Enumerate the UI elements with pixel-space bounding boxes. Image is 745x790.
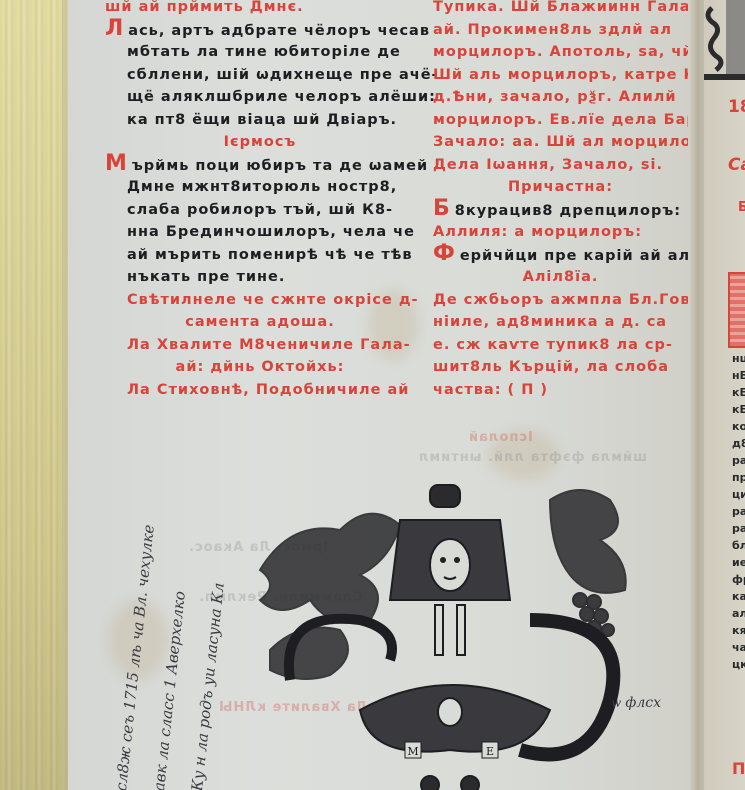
rubric-line: Свѣтилнеле че сжнте окрісе д- (105, 289, 415, 312)
red-ornamental-initial (728, 272, 745, 348)
book-photo: шймла фэфта ллй. ынтимл Ісполай Ірмос. Л… (0, 0, 745, 790)
rubric-line: Ла Стиховнѣ, Подобничиле ай (105, 379, 415, 402)
rubric-line: морцилоръ. Ев.лїе дела Барло (433, 109, 688, 132)
rubric-line: Тупика. Шй Блажиинн Гала- (433, 0, 688, 19)
text-line: Б8курацив8 дрепцилоръ: (433, 199, 688, 222)
text-line: Ферйчйци пре карій ай але, (433, 244, 688, 267)
rubric-line: Де сжбьоръ ажмпла Бл.Говѣ- (433, 289, 688, 312)
text-line: ка пт8 ёщи віаца шй Двіаръ. (105, 109, 415, 132)
rubric-line: д.Ѣни, зачало, рѯг. Алилй (433, 86, 688, 109)
text-line: нъкать пре тине. (105, 266, 415, 289)
rubric-line: Зачало: аа. Шй ал морцилор (433, 131, 688, 154)
right-page-fragment: 18 Сай Бр нцедѣл нБЕнь кЕфлл кЕ ді колй … (704, 0, 745, 790)
cartouche-letter: Е (486, 745, 494, 758)
rubric-line: Ла Хвалите М8ченичиле Гала- (105, 334, 415, 357)
decorative-border-ornament (704, 0, 745, 85)
rubric-line: самента адоша. (105, 311, 415, 334)
rubric-line: е. сж каѵте тупик8 ла ср- (433, 334, 688, 357)
red-initial: Ф (433, 244, 456, 264)
red-initial: Б (433, 199, 451, 219)
text-line: Лась, артъ адбрате чёлоръ чесав (105, 19, 415, 42)
red-initial: М (105, 154, 128, 174)
rubric-line: шит8ль Кърцій, ла слоба (433, 356, 688, 379)
text-line: Мърймь поци юбиръ та де ѡамей (105, 154, 415, 177)
woodcut-ornament: М Е (250, 480, 650, 790)
page-number: 18 (728, 97, 745, 117)
rubric-line: частва: ( П ) (433, 379, 688, 402)
text-line: Дмне мжнт8иторюль ностр8, (105, 176, 415, 199)
section-heading: Ієрмосъ (105, 131, 415, 154)
text-line: ай мърить поменирѣ чѣ че тѣв (105, 244, 415, 267)
text-line: мбтать ла тине юбиторіле де (105, 41, 415, 64)
heading-fragment: Сай (728, 155, 745, 175)
show-through-text: Ісполай (468, 430, 533, 445)
text-line: сбллени, шій ѡдихнеще пре ачё- (105, 64, 415, 87)
cartouche-letter: М (407, 745, 418, 758)
text-line: шй ай прймить Дмнє. (105, 0, 415, 19)
rubric-line: ніиле, ад8миника а д. са (433, 311, 688, 334)
page-edges-stack (0, 0, 68, 790)
handwritten-signature: ѡ флсх (612, 695, 661, 712)
left-text-column: шй ай прймить Дмнє. Лась, артъ адбрате ч… (105, 0, 415, 401)
rubric-line: Шй аль морцилоръ, катре Корин- (433, 64, 688, 87)
text-line: щё аляклшбриле челоръ алёши: (105, 86, 415, 109)
rubric-line: ай: дйнь Октойхь: (105, 356, 415, 379)
text-line: слаба робилоръ тъй, шй К8- (105, 199, 415, 222)
show-through-text: шймла фэфта ллй. ынтимл (418, 450, 647, 465)
rubric-line: Дела Іѡання, Зачало, ѕі. (433, 154, 688, 177)
text-line: нна Брединчошилоръ, чела че (105, 221, 415, 244)
rubric-line: ай. Прокимен8ль здлй ал (433, 19, 688, 42)
red-initial: Л (105, 19, 124, 39)
section-heading: Аліл8їа. (433, 266, 688, 289)
rubric-line: Аллиля: а морцилоръ: (433, 221, 688, 244)
section-heading: Причастна: (433, 176, 688, 199)
rubric-line: морцилоръ. Апотоль, ѕа, чй (433, 41, 688, 64)
heading-fragment: Бр (738, 200, 745, 215)
right-text-column: Тупика. Шй Блажиинн Гала- ай. Прокимен8л… (433, 0, 688, 401)
